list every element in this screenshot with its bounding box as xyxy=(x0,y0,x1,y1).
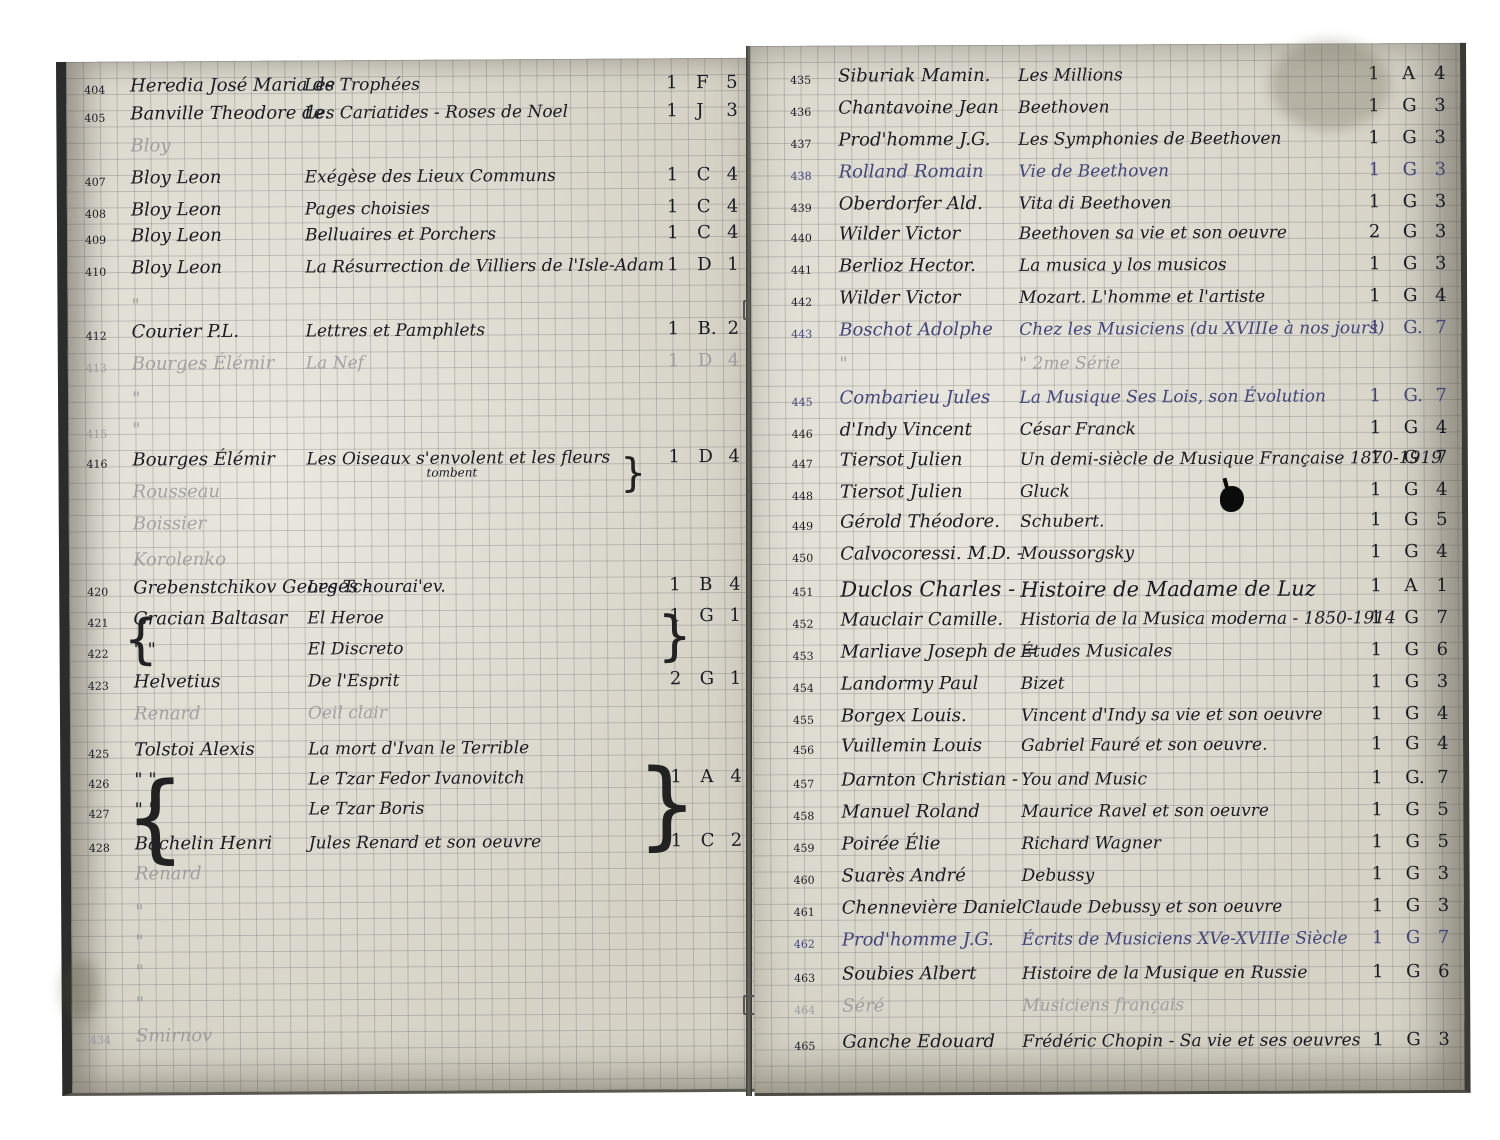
entry-author: d'Indy Vincent xyxy=(840,419,972,441)
catalog-entry: "" 2me Série xyxy=(751,349,1461,382)
catalog-entry: 443Boschot AdolpheChez les Musiciens (du… xyxy=(751,315,1461,348)
entry-title: Beethoven xyxy=(1018,97,1109,117)
entry-title: La Résurrection de Villiers de l'Isle-Ad… xyxy=(305,255,664,277)
entry-shelf-row: 4 xyxy=(1436,417,1448,438)
catalog-entry: 454Landormy PaulBizet1G3 xyxy=(753,669,1463,702)
catalog-entry: 448Tiersot JulienGluck1G4 xyxy=(752,477,1462,510)
entry-number: 448 xyxy=(792,490,813,503)
entry-number: 415 xyxy=(86,428,107,441)
entry-number: 423 xyxy=(88,680,109,693)
entry-shelf-row: 6 xyxy=(1438,961,1450,982)
entry-title: Belluaires et Porchers xyxy=(305,224,496,245)
catalog-entry: 461Chennevière DanielClaude Debussy et s… xyxy=(754,893,1464,926)
entry-number: 464 xyxy=(794,1004,815,1017)
catalog-entry: 442Wilder VictorMozart. L'homme et l'art… xyxy=(751,283,1461,316)
entry-author: Borgex Louis. xyxy=(841,705,967,727)
catalog-entry: " xyxy=(71,956,755,990)
catalog-entry: 451Duclos Charles -Histoire de Madame de… xyxy=(752,573,1462,606)
entry-number: 457 xyxy=(793,778,814,791)
entry-title: Claude Debussy et son oeuvre xyxy=(1022,897,1283,918)
entry-shelf-letter: C xyxy=(697,164,711,185)
entry-volume-count: 1 xyxy=(1371,767,1383,788)
entry-author: Combarieu Jules xyxy=(839,387,990,409)
entry-number: 463 xyxy=(794,972,815,985)
entry-author: Bloy xyxy=(130,135,170,156)
entry-author: " xyxy=(136,993,144,1014)
catalog-entry: 447Tiersot JulienUn demi-siècle de Musiq… xyxy=(752,445,1462,478)
entry-volume-count: 1 xyxy=(1372,1029,1384,1050)
entry-shelf-row: 2 xyxy=(728,318,740,339)
entry-author: Calvocoressi. M.D. - xyxy=(840,543,1023,565)
entry-number: 407 xyxy=(85,176,106,189)
entry-shelf-row: 4 xyxy=(1437,703,1449,724)
entry-shelf-letter: G xyxy=(1403,253,1417,274)
entry-number: 410 xyxy=(85,266,106,279)
catalog-entry: 446d'Indy VincentCésar Franck1G4 xyxy=(752,415,1462,448)
entry-shelf-row: 1 xyxy=(1436,575,1448,596)
entry-shelf-letter: G xyxy=(1405,703,1419,724)
entry-title: La mort d'Ivan le Terrible xyxy=(308,738,529,759)
entry-title: Gluck xyxy=(1020,482,1070,502)
entry-shelf-row: 1 xyxy=(730,668,742,689)
entry-number: 454 xyxy=(793,682,814,695)
entry-title: You and Music xyxy=(1021,769,1147,790)
catalog-entry: 412Courier P.L.Lettres et Pamphlets1B.2 xyxy=(68,316,752,350)
entry-title: Vie de Beethoven xyxy=(1019,161,1170,182)
entry-number: 405 xyxy=(84,112,105,125)
entry-author: Tiersot Julien xyxy=(840,481,963,503)
entry-author: " xyxy=(839,354,847,375)
paper-stain xyxy=(60,960,100,1020)
entry-shelf-letter: G. xyxy=(1405,767,1425,788)
entry-volume-count: 1 xyxy=(666,100,678,121)
entry-title: Les Tchourai'ev. xyxy=(307,577,446,598)
entry-shelf-row: 4 xyxy=(730,766,742,787)
entry-volume-count: 2 xyxy=(670,668,682,689)
catalog-entry: 462Prod'homme J.G.Écrits de Musiciens XV… xyxy=(754,925,1464,958)
bracket-icon: } xyxy=(636,748,698,860)
entry-volume-count: 1 xyxy=(1371,671,1383,692)
entry-number: 462 xyxy=(794,938,815,951)
entry-volume-count: 1 xyxy=(1370,607,1382,628)
entry-title: Jules Renard et son oeuvre xyxy=(309,832,542,853)
entry-shelf-letter: G xyxy=(1404,607,1418,628)
entry-shelf-row: 7 xyxy=(1438,927,1450,948)
entry-author: " xyxy=(135,961,143,982)
entry-author: Wilder Victor xyxy=(839,287,960,309)
entry-author: Landormy Paul xyxy=(841,673,979,695)
entry-number: 453 xyxy=(793,650,814,663)
entry-shelf-row: 3 xyxy=(1435,221,1447,242)
entry-author: Bloy Leon xyxy=(131,257,222,279)
entry-author: Tolstoi Alexis xyxy=(134,739,255,761)
entry-volume-count: 1 xyxy=(667,222,679,243)
entry-shelf-letter: G xyxy=(1406,927,1420,948)
entry-shelf-letter: G xyxy=(1404,479,1418,500)
entry-shelf-letter: G xyxy=(1404,509,1418,530)
bracket-icon: { xyxy=(124,761,186,873)
entry-author: " xyxy=(135,931,143,952)
entry-shelf-row: 7 xyxy=(1435,317,1447,338)
catalog-entry: 405Banville Theodore de.Les Cariatides -… xyxy=(66,98,750,132)
catalog-entry: 423HelvetiusDe l'Esprit2G1 xyxy=(70,666,754,700)
entry-volume-count: 2 xyxy=(1369,221,1381,242)
catalog-entry: 459Poirée ÉlieRichard Wagner1G5 xyxy=(753,829,1463,862)
entry-author: Banville Theodore de. xyxy=(130,102,330,124)
entry-title: Mozart. L'homme et l'artiste xyxy=(1019,287,1265,308)
entry-title: Études Musicales xyxy=(1021,641,1173,662)
entry-title: La Nef xyxy=(306,353,364,373)
entry-number: 447 xyxy=(792,458,813,471)
entry-number: 409 xyxy=(85,234,106,247)
entry-author: Prod'homme J.G. xyxy=(838,129,990,151)
entry-volume-count: 1 xyxy=(1371,733,1383,754)
entry-title: Frédéric Chopin - Sa vie et ses oeuvres xyxy=(1022,1030,1360,1051)
catalog-entry: 420Grebenstchikov Georges -Les Tchourai'… xyxy=(69,572,753,606)
catalog-entry: 415" xyxy=(68,414,752,448)
entry-number: 422 xyxy=(88,648,109,661)
entry-title: Les Symphonies de Beethoven xyxy=(1018,129,1281,150)
entry-number: 440 xyxy=(791,232,812,245)
entry-author: Gérold Théodore. xyxy=(840,511,1000,533)
entry-title: El Discreto xyxy=(308,639,404,660)
entry-author: Manuel Roland xyxy=(841,801,980,823)
entry-shelf-letter: G xyxy=(1406,1029,1420,1050)
entry-shelf-letter: G xyxy=(1404,417,1418,438)
paper-stain xyxy=(1270,40,1390,130)
entry-author: " xyxy=(131,295,139,316)
entry-volume-count: 1 xyxy=(1372,927,1384,948)
entry-number: 434 xyxy=(90,1034,111,1047)
entry-shelf-row: 4 xyxy=(728,446,740,467)
entry-author: Wilder Victor xyxy=(839,223,960,245)
entry-shelf-row: 4 xyxy=(1437,733,1449,754)
entry-title: Historia de la Musica moderna - 1850-191… xyxy=(1020,608,1395,630)
entry-shelf-letter: G. xyxy=(1403,385,1423,406)
entry-title: La Musique Ses Lois, son Évolution xyxy=(1019,386,1325,407)
entry-shelf-row: 3 xyxy=(1437,671,1449,692)
entry-number: 408 xyxy=(85,208,106,221)
entry-shelf-letter: A xyxy=(1404,575,1417,596)
entry-volume-count: 1 xyxy=(1368,127,1380,148)
entry-author: " xyxy=(135,901,143,922)
entry-author: Vuillemin Louis xyxy=(841,735,982,757)
entry-shelf-row: 7 xyxy=(1435,385,1447,406)
catalog-entry: " xyxy=(71,896,755,930)
entry-shelf-row: 3 xyxy=(1434,127,1446,148)
entry-shelf-row: 1 xyxy=(727,254,739,275)
entry-shelf-row: 5 xyxy=(1436,509,1448,530)
entry-shelf-letter: G xyxy=(1405,733,1419,754)
entry-volume-count: 1 xyxy=(1370,541,1382,562)
entry-title: Chez les Musiciens (du XVIIIe à nos jour… xyxy=(1019,318,1384,340)
catalog-entry: 413Bourges ÉlémirLa Nef1D4 xyxy=(68,348,752,382)
entry-volume-count: 1 xyxy=(1369,285,1381,306)
entry-shelf-row: 4 xyxy=(1436,541,1448,562)
entry-title: Histoire de la Musique en Russie xyxy=(1022,963,1307,984)
entry-shelf-letter: G xyxy=(1405,671,1419,692)
entry-volume-count: 1 xyxy=(1372,863,1384,884)
catalog-entry: 422" "El Discreto xyxy=(70,634,754,668)
entry-shelf-row: 4 xyxy=(728,350,740,371)
entry-shelf-letter: C xyxy=(701,830,715,851)
catalog-entry: 455Borgex Louis.Vincent d'Indy sa vie et… xyxy=(753,701,1463,734)
catalog-entry: 452Mauclair Camille.Historia de la Music… xyxy=(752,605,1462,638)
entry-title: Les Cariatides - Roses de Noel xyxy=(304,102,568,124)
entry-shelf-row: 3 xyxy=(1434,95,1446,116)
entry-shelf-letter: G xyxy=(1406,863,1420,884)
entry-number: 413 xyxy=(86,362,107,375)
entry-shelf-letter: G xyxy=(1402,127,1416,148)
entry-author: Séré xyxy=(842,995,884,1016)
entry-volume-count: 1 xyxy=(1369,385,1381,406)
entry-number: 445 xyxy=(792,396,813,409)
entry-shelf-letter: G xyxy=(700,668,715,689)
entry-shelf-letter: A xyxy=(700,766,713,787)
entry-volume-count: 1 xyxy=(1369,159,1381,180)
entry-title: Le Tzar Boris xyxy=(309,799,425,820)
entry-shelf-row: 3 xyxy=(1438,895,1450,916)
entry-author: Courier P.L. xyxy=(132,321,240,343)
entry-volume-count: 1 xyxy=(668,350,680,371)
entry-title: Beethoven sa vie et son oeuvre xyxy=(1019,223,1287,244)
entry-author: Prod'homme J.G. xyxy=(842,929,994,951)
entry-shelf-row: 4 xyxy=(727,164,739,185)
entry-shelf-letter: G xyxy=(1405,831,1419,852)
bracket-icon: } xyxy=(657,604,692,667)
entry-title: " 2me Série xyxy=(1019,353,1120,373)
entry-shelf-row: 5 xyxy=(1437,799,1449,820)
entry-author: Bloy Leon xyxy=(131,199,222,221)
entry-shelf-letter: G xyxy=(1406,961,1420,982)
entry-number: 465 xyxy=(794,1040,815,1053)
entry-shelf-row: 7 xyxy=(1437,767,1449,788)
entry-title: Vita di Beethoven xyxy=(1019,193,1172,214)
entry-author: Siburiak Mamin. xyxy=(838,65,990,87)
entry-number: 446 xyxy=(792,428,813,441)
catalog-entry: " xyxy=(72,988,756,1022)
catalog-entry: 438Rolland RomainVie de Beethoven1G3 xyxy=(750,157,1460,190)
entry-author: Suarès André xyxy=(842,865,966,887)
entry-title: Histoire de Madame de Luz xyxy=(1020,577,1315,602)
entry-number: 461 xyxy=(794,906,815,919)
entry-title: De l'Esprit xyxy=(308,671,400,692)
entry-author: Smirnov xyxy=(136,1025,212,1046)
entry-title: Musiciens français xyxy=(1022,995,1184,1016)
entry-volume-count: 1 xyxy=(667,254,679,275)
entry-shelf-row: 4 xyxy=(1436,479,1448,500)
entry-volume-count: 1 xyxy=(1371,639,1383,660)
catalog-entry: 450Calvocoressi. M.D. -Moussorgsky1G4 xyxy=(752,539,1462,572)
entry-shelf-letter: J xyxy=(696,100,703,121)
entry-shelf-row: 7 xyxy=(1436,447,1448,468)
entry-shelf-letter: G xyxy=(1405,799,1419,820)
entry-number: 452 xyxy=(792,618,813,631)
entry-shelf-letter: D xyxy=(697,254,712,275)
entry-author: Renard xyxy=(134,703,201,724)
entry-volume-count: 1 xyxy=(667,164,679,185)
catalog-entry: 409Bloy LeonBelluaires et Porchers1C4 xyxy=(67,220,751,254)
entry-author: Tiersot Julien xyxy=(840,449,963,471)
entry-author: Darnton Christian - xyxy=(841,769,1018,791)
entry-title: Vincent d'Indy sa vie et son oeuvre xyxy=(1021,705,1323,726)
catalog-entry: 439Oberdorfer Ald.Vita di Beethoven1G3 xyxy=(751,189,1461,222)
catalog-entry: 407Bloy LeonExégèse des Lieux Communs1C4 xyxy=(67,162,751,196)
entry-number: 404 xyxy=(84,84,105,97)
catalog-entry: Boissier xyxy=(69,508,753,542)
entry-volume-count: 1 xyxy=(666,72,678,93)
entry-title: El Heroe xyxy=(307,608,384,628)
left-page: 404Heredia José Maria deLes Trophées1F54… xyxy=(56,58,756,1096)
entry-author: Boschot Adolphe xyxy=(839,319,993,341)
catalog-entry: 458Manuel RolandMaurice Ravel et son oeu… xyxy=(753,797,1463,830)
catalog-entry: 453Marliave Joseph de =Études Musicales1… xyxy=(753,637,1463,670)
entry-number: 449 xyxy=(792,520,813,533)
entry-author: Bloy Leon xyxy=(131,225,222,247)
entry-shelf-letter: G xyxy=(1403,221,1417,242)
catalog-entry: 440Wilder VictorBeethoven sa vie et son … xyxy=(751,219,1461,252)
entry-number: 435 xyxy=(790,74,811,87)
entry-shelf-letter: G. xyxy=(1403,317,1423,338)
entry-author: Chantavoine Jean xyxy=(838,97,999,119)
entry-number: 421 xyxy=(87,617,108,630)
catalog-entry: Bloy xyxy=(66,130,750,164)
entry-title: Richard Wagner xyxy=(1021,833,1160,854)
entry-author: Duclos Charles - xyxy=(840,577,1015,602)
open-notebook: 404Heredia José Maria deLes Trophées1F54… xyxy=(0,0,1500,1140)
entry-shelf-row: 2 xyxy=(731,830,743,851)
entry-shelf-row: 3 xyxy=(726,100,738,121)
entry-number: 420 xyxy=(87,586,108,599)
entry-volume-count: 1 xyxy=(1369,253,1381,274)
entry-shelf-letter: G xyxy=(1402,159,1416,180)
entry-volume-count: 1 xyxy=(1369,191,1381,212)
entry-shelf-row: 7 xyxy=(1436,607,1448,628)
entry-number: 459 xyxy=(793,842,814,855)
entry-author: Bloy Leon xyxy=(131,167,222,189)
entry-title: Gabriel Fauré et son oeuvre. xyxy=(1021,735,1268,756)
entry-number: 426 xyxy=(88,778,109,791)
entry-shelf-row: 1 xyxy=(729,605,741,626)
entry-shelf-row: 4 xyxy=(727,196,739,217)
entry-volume-count: 1 xyxy=(1371,799,1383,820)
entry-shelf-row: 4 xyxy=(727,222,739,243)
entry-shelf-row: 5 xyxy=(726,72,738,93)
entry-title: Les Millions xyxy=(1018,65,1123,85)
entry-shelf-row: 3 xyxy=(1438,863,1450,884)
catalog-entry: 463Soubies AlbertHistoire de la Musique … xyxy=(754,959,1464,992)
catalog-entry: 460Suarès AndréDebussy1G3 xyxy=(754,861,1464,894)
entry-author: Rolland Romain xyxy=(839,161,984,183)
entry-volume-count: 1 xyxy=(668,318,680,339)
entry-author: Poirée Élie xyxy=(841,833,940,854)
entry-title: Bizet xyxy=(1021,674,1065,694)
entry-number: 436 xyxy=(790,106,811,119)
entry-title: Lettres et Pamphlets xyxy=(306,320,486,341)
entry-number: 412 xyxy=(86,330,107,343)
catalog-entry: Rousseau xyxy=(69,476,753,510)
entry-shelf-letter: G xyxy=(699,605,714,626)
entry-number: 425 xyxy=(88,748,109,761)
entry-shelf-letter: D xyxy=(698,446,713,467)
entry-number: 438 xyxy=(791,170,812,183)
entry-volume-count: 1 xyxy=(1370,447,1382,468)
entry-author: Boissier xyxy=(133,513,206,534)
entry-number: 455 xyxy=(793,714,814,727)
entry-shelf-letter: B. xyxy=(698,318,717,339)
entry-author: Bourges Élémir xyxy=(132,449,275,471)
entry-shelf-row: 4 xyxy=(729,574,741,595)
entry-volume-count: 1 xyxy=(1369,317,1381,338)
entry-number: 437 xyxy=(790,138,811,151)
entry-number: 428 xyxy=(89,842,110,855)
entry-title: Le Tzar Fedor Ivanovitch xyxy=(308,768,524,789)
entry-title: Schubert. xyxy=(1020,511,1104,531)
entry-shelf-letter: G xyxy=(1403,285,1417,306)
entry-title: Exégèse des Lieux Communs xyxy=(305,166,556,188)
entry-shelf-letter: C xyxy=(697,222,711,243)
entry-volume-count: 1 xyxy=(669,574,681,595)
catalog-entry: 441Berlioz Hector.La musica y los musico… xyxy=(751,251,1461,284)
entry-author: Marliave Joseph de = xyxy=(841,641,1037,663)
entry-author: Soubies Albert xyxy=(842,963,977,985)
entry-author: Oberdorfer Ald. xyxy=(839,193,983,215)
entry-shelf-row: 3 xyxy=(1438,1029,1450,1050)
entry-shelf-row: 3 xyxy=(1434,159,1446,180)
entry-title: Les Trophées xyxy=(304,75,420,96)
entry-shelf-letter: F xyxy=(696,72,709,93)
entry-author: Bourges Élémir xyxy=(132,353,275,375)
entry-volume-count: 1 xyxy=(1372,895,1384,916)
entry-author: Korolenko xyxy=(133,549,226,571)
entry-volume-count: 1 xyxy=(1370,509,1382,530)
entry-number: 443 xyxy=(791,328,812,341)
entry-shelf-letter: G xyxy=(1405,639,1419,660)
bracket-icon: { xyxy=(123,607,158,670)
entry-number: 456 xyxy=(793,744,814,757)
entry-shelf-letter: A xyxy=(1402,63,1415,84)
entry-shelf-row: 4 xyxy=(1434,63,1446,84)
catalog-entry: " xyxy=(71,926,755,960)
entry-author: Chennevière Daniel xyxy=(842,897,1022,919)
entry-number: 451 xyxy=(792,586,813,599)
entry-volume-count: 1 xyxy=(1371,831,1383,852)
entry-author: " xyxy=(132,388,140,409)
entry-number: 460 xyxy=(794,874,815,887)
entry-author: Berlioz Hector. xyxy=(839,255,976,277)
entry-author: Rousseau xyxy=(133,481,221,503)
catalog-entry: RenardOeil clair xyxy=(70,698,754,732)
catalog-entry: 457Darnton Christian -You and Music1G.7 xyxy=(753,765,1463,798)
catalog-entry: 434Smirnov xyxy=(72,1020,756,1054)
catalog-entry: 416Bourges ÉlémirLes Oiseaux s'envolent … xyxy=(68,444,752,478)
catalog-entry: 445Combarieu JulesLa Musique Ses Lois, s… xyxy=(751,383,1461,416)
entry-title: Moussorgsky xyxy=(1020,543,1134,563)
entry-title: Pages choisies xyxy=(305,199,430,220)
entry-title: César Franck xyxy=(1020,419,1136,440)
entry-shelf-letter: G xyxy=(1404,541,1418,562)
entry-shelf-letter: B xyxy=(699,574,712,595)
entry-volume-count: 1 xyxy=(1371,703,1383,724)
catalog-entry: 437Prod'homme J.G.Les Symphonies de Beet… xyxy=(750,125,1460,158)
catalog-entry: 465Ganche EdouardFrédéric Chopin - Sa vi… xyxy=(754,1027,1464,1060)
entry-number: 442 xyxy=(791,296,812,309)
entry-shelf-letter: G xyxy=(1406,895,1420,916)
catalog-entry: 456Vuillemin LouisGabriel Fauré et son o… xyxy=(753,731,1463,764)
entry-shelf-letter: C xyxy=(697,196,711,217)
entry-title: Maurice Ravel et son oeuvre xyxy=(1021,801,1269,822)
entry-volume-count: 1 xyxy=(668,446,680,467)
